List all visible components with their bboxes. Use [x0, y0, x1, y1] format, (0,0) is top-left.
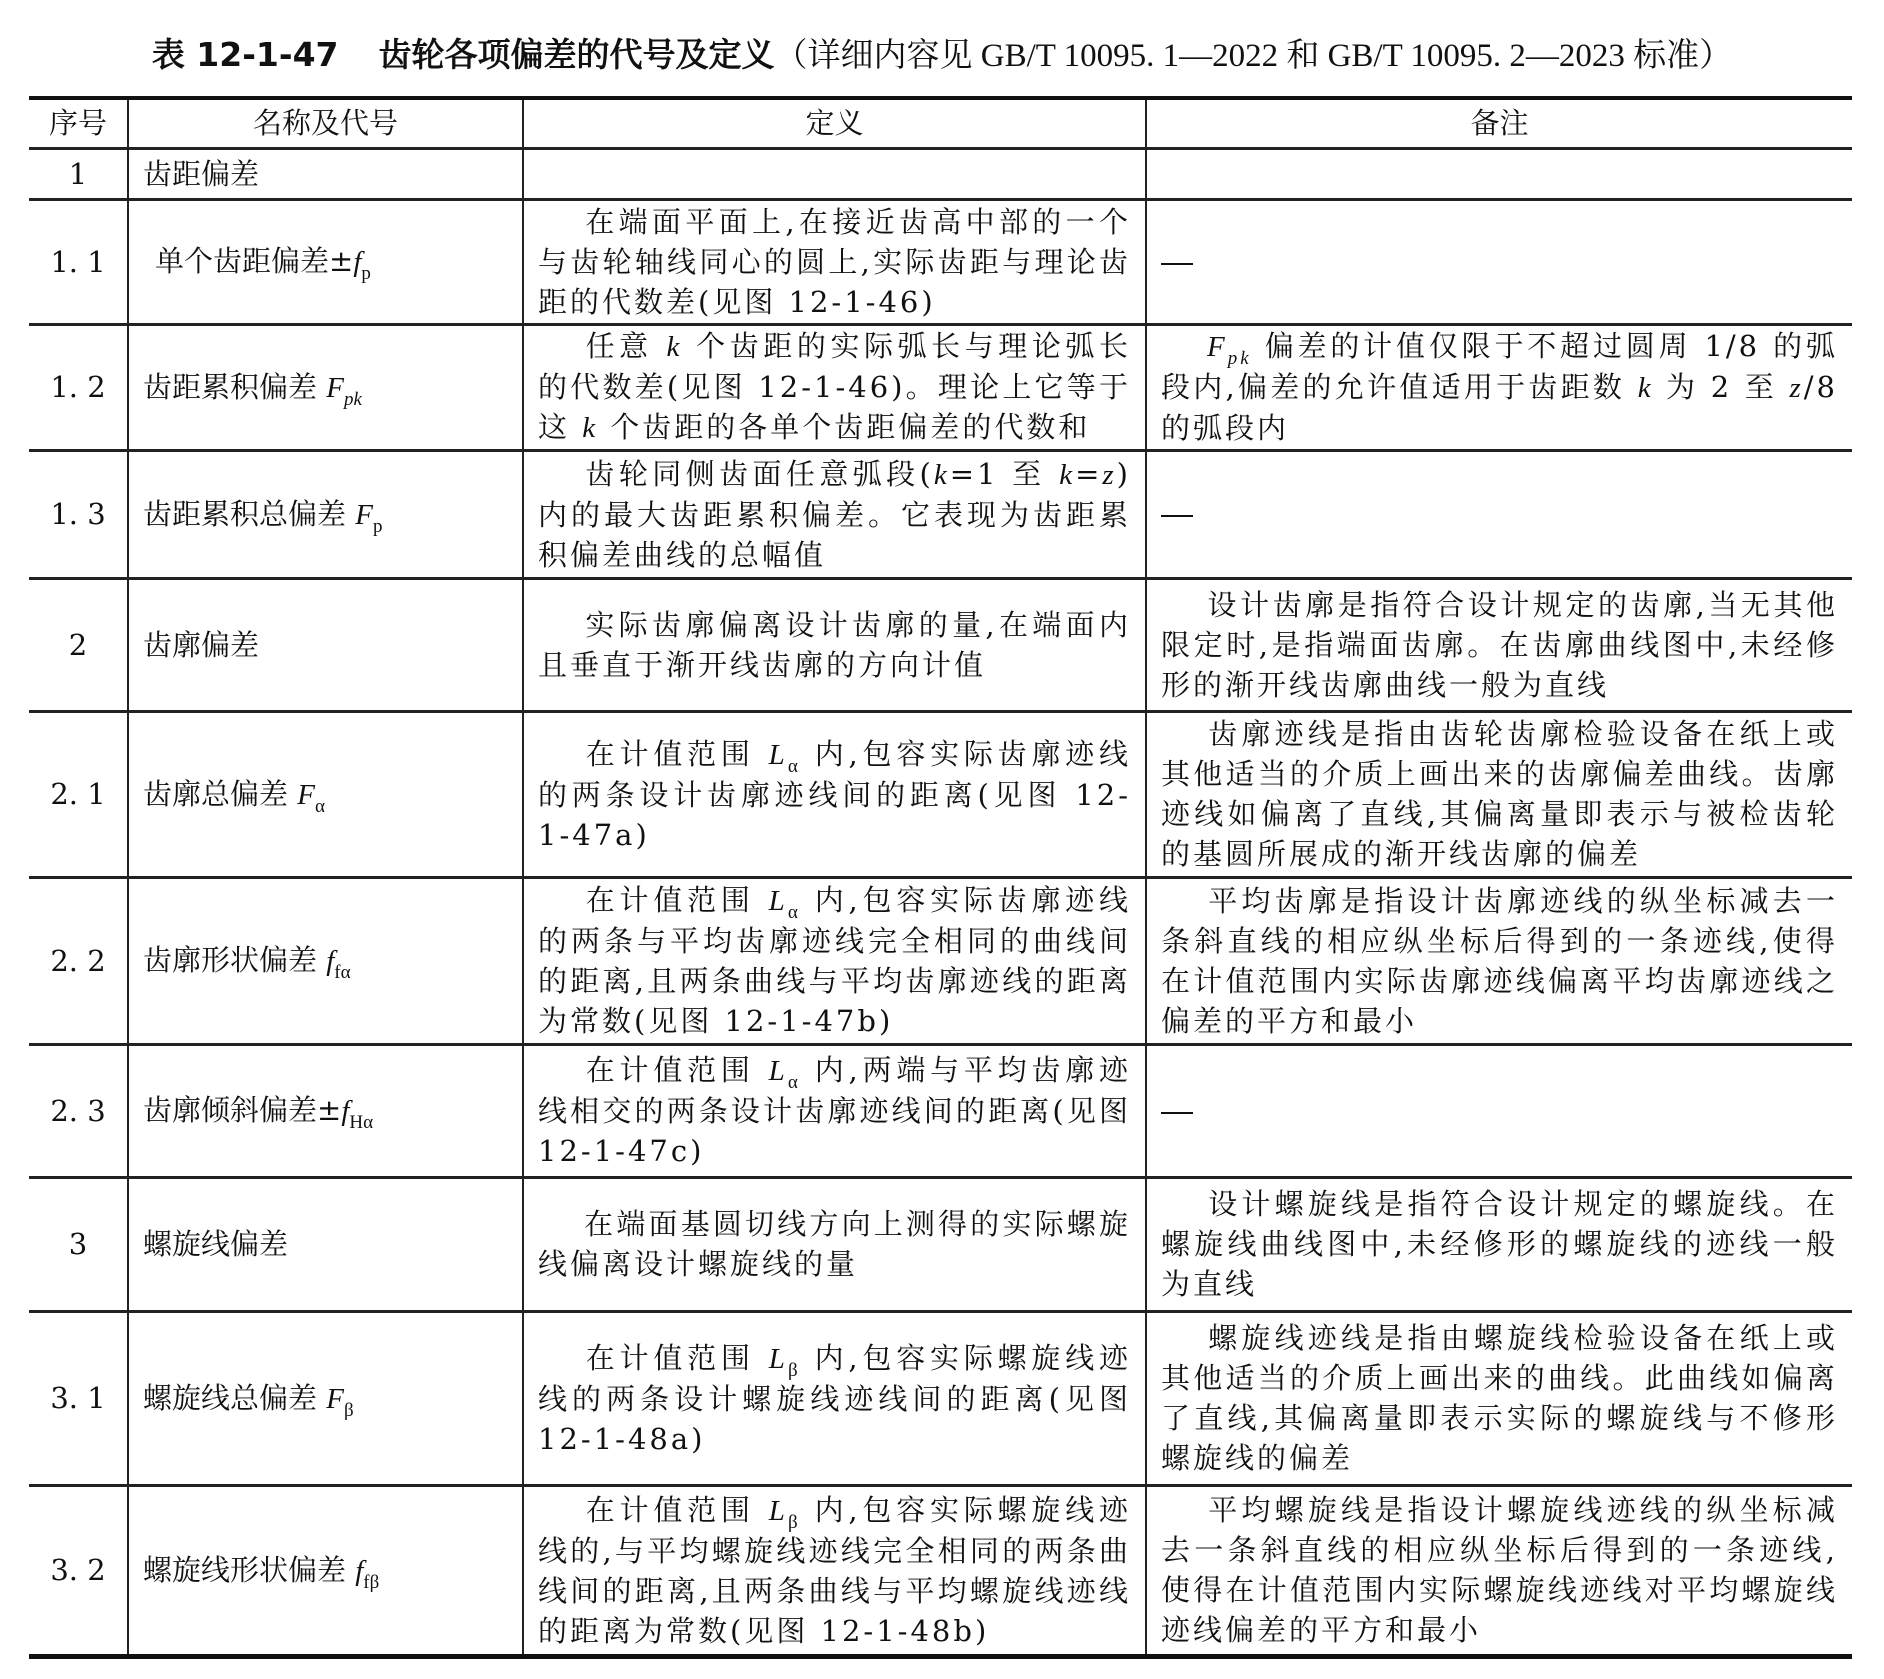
- deviation-remark: 设计螺旋线是指符合设计规定的螺旋线。在螺旋线曲线图中,未经修形的螺旋线的迹线一般…: [1146, 1177, 1852, 1311]
- math-symbol: k: [934, 459, 950, 491]
- table-row: 3. 1螺旋线总偏差 Fβ在计值范围 Lβ 内,包容实际螺旋线迹线的两条设计螺旋…: [29, 1311, 1852, 1485]
- deviation-definition: 在计值范围 Lβ 内,包容实际螺旋线迹线的两条设计螺旋线迹线间的距离(见图 12…: [523, 1311, 1146, 1485]
- math-symbol: k: [1059, 459, 1075, 491]
- deviation-definition: 在端面基圆切线方向上测得的实际螺旋线偏离设计螺旋线的量: [523, 1177, 1146, 1311]
- table-caption: 表 12-1-47齿轮各项偏差的代号及定义（详细内容见 GB/T 10095. …: [0, 22, 1884, 89]
- math-symbol: z: [1789, 372, 1803, 404]
- deviation-name: 齿廓形状偏差 ffα: [128, 877, 523, 1044]
- deviation-definition: [523, 148, 1146, 199]
- remark-empty-dash: [1146, 199, 1852, 324]
- deviation-name: 螺旋线形状偏差 ffβ: [128, 1485, 523, 1656]
- symbol-subscript: pk: [344, 389, 362, 410]
- row-index: 1. 2: [29, 324, 128, 450]
- math-symbol: k: [582, 412, 598, 444]
- symbol-subscript: fα: [334, 962, 350, 983]
- em-dash-placeholder: [1161, 515, 1193, 517]
- math-symbol: L: [769, 1495, 788, 1527]
- deviation-definition: 任意 k 个齿距的实际弧长与理论弧长的代数差(见图 12-1-46)。理论上它等…: [523, 324, 1146, 450]
- table-row: 2齿廓偏差实际齿廓偏离设计齿廓的量,在端面内且垂直于渐开线齿廓的方向计值设计齿廓…: [29, 578, 1852, 711]
- deviation-definition: 在端面平面上,在接近齿高中部的一个与齿轮轴线同心的圆上,实际齿距与理论齿距的代数…: [523, 199, 1146, 324]
- deviation-remark: Fpk 偏差的计值仅限于不超过圆周 1/8 的弧段内,偏差的允许值适用于齿距数 …: [1146, 324, 1852, 450]
- symbol-subscript: β: [344, 1400, 354, 1421]
- symbol-subscript: pk: [1228, 348, 1252, 369]
- math-symbol: F: [297, 779, 315, 811]
- row-index: 2. 2: [29, 877, 128, 1044]
- deviation-definition: 在计值范围 Lβ 内,包容实际螺旋线迹线的,与平均螺旋线迹线完全相同的两条曲线间…: [523, 1485, 1146, 1656]
- symbol-subscript: β: [788, 1360, 801, 1381]
- deviation-name: 齿廓偏差: [128, 578, 523, 711]
- row-index: 2. 1: [29, 711, 128, 877]
- column-header-remarks: 备注: [1146, 98, 1852, 148]
- column-header-name-and-symbol: 名称及代号: [128, 98, 523, 148]
- deviation-remark: 平均齿廓是指设计齿廓迹线的纵坐标减去一条斜直线的相应纵坐标后得到的一条迹线,使得…: [1146, 877, 1852, 1044]
- table-row: 2. 2齿廓形状偏差 ffα在计值范围 Lα 内,包容实际齿廓迹线的两条与平均齿…: [29, 877, 1852, 1044]
- row-index: 2. 3: [29, 1044, 128, 1177]
- deviation-name: 齿廓总偏差 Fα: [128, 711, 523, 877]
- remark-empty-dash: [1146, 450, 1852, 578]
- table-body: 1齿距偏差1. 1单个齿距偏差±fp在端面平面上,在接近齿高中部的一个与齿轮轴线…: [29, 148, 1852, 1656]
- symbol-subscript: α: [315, 796, 325, 817]
- table-row: 2. 1齿廓总偏差 Fα在计值范围 Lα 内,包容实际齿廓迹线的两条设计齿廓迹线…: [29, 711, 1852, 877]
- deviation-definition: 在计值范围 Lα 内,包容实际齿廓迹线的两条与平均齿廓迹线完全相同的曲线间的距离…: [523, 877, 1146, 1044]
- math-symbol: F: [355, 499, 373, 531]
- deviation-name: 单个齿距偏差±fp: [128, 199, 523, 324]
- row-index: 3. 2: [29, 1485, 128, 1656]
- table-title-note: （详细内容见 GB/T 10095. 1—2022 和 GB/T 10095. …: [775, 38, 1733, 74]
- deviation-definitions-table: 序号 名称及代号 定义 备注 1齿距偏差1. 1单个齿距偏差±fp在端面平面上,…: [29, 96, 1852, 1659]
- symbol-subscript: Hα: [349, 1112, 373, 1133]
- row-index: 1: [29, 148, 128, 199]
- deviation-remark: 设计齿廓是指符合设计规定的齿廓,当无其他限定时,是指端面齿廓。在齿廓曲线图中,未…: [1146, 578, 1852, 711]
- table-title: 齿轮各项偏差的代号及定义: [379, 35, 775, 74]
- math-symbol: L: [769, 739, 788, 771]
- table-row: 1. 2齿距累积偏差 Fpk任意 k 个齿距的实际弧长与理论弧长的代数差(见图 …: [29, 324, 1852, 450]
- table-row: 1. 1单个齿距偏差±fp在端面平面上,在接近齿高中部的一个与齿轮轴线同心的圆上…: [29, 199, 1852, 324]
- math-symbol: L: [769, 1343, 788, 1375]
- symbol-subscript: α: [788, 1072, 801, 1093]
- math-symbol: F: [1207, 331, 1228, 363]
- deviation-name: 螺旋线偏差: [128, 1177, 523, 1311]
- math-symbol: F: [326, 1383, 344, 1415]
- row-index: 1. 1: [29, 199, 128, 324]
- table-row: 2. 3齿廓倾斜偏差±fHα在计值范围 Lα 内,两端与平均齿廓迹线相交的两条设…: [29, 1044, 1852, 1177]
- symbol-subscript: α: [788, 756, 801, 777]
- symbol-subscript: p: [373, 516, 383, 537]
- deviation-name: 齿距累积总偏差 Fp: [128, 450, 523, 578]
- math-symbol: z: [1102, 459, 1116, 491]
- table-header-row: 序号 名称及代号 定义 备注: [29, 98, 1852, 148]
- table-row: 3. 2螺旋线形状偏差 ffβ在计值范围 Lβ 内,包容实际螺旋线迹线的,与平均…: [29, 1485, 1852, 1656]
- deviation-definition: 在计值范围 Lα 内,两端与平均齿廓迹线相交的两条设计齿廓迹线间的距离(见图 1…: [523, 1044, 1146, 1177]
- row-index: 2: [29, 578, 128, 711]
- math-symbol: L: [769, 1055, 788, 1087]
- deviation-remark: 螺旋线迹线是指由螺旋线检验设备在纸上或其他适当的介质上画出来的曲线。此曲线如偏离…: [1146, 1311, 1852, 1485]
- symbol-subscript: p: [361, 263, 371, 284]
- math-symbol: k: [667, 331, 683, 363]
- deviation-definition: 齿轮同侧齿面任意弧段(k=1 至 k=z)内的最大齿距累积偏差。它表现为齿距累积…: [523, 450, 1146, 578]
- deviation-name: 齿距偏差: [128, 148, 523, 199]
- math-symbol: L: [769, 885, 788, 917]
- remark-empty-dash: [1146, 1044, 1852, 1177]
- deviation-remark: 平均螺旋线是指设计螺旋线迹线的纵坐标减去一条斜直线的相应纵坐标后得到的一条迹线,…: [1146, 1485, 1852, 1656]
- row-index: 3. 1: [29, 1311, 128, 1485]
- row-index: 1. 3: [29, 450, 128, 578]
- table-number: 表 12-1-47: [152, 35, 339, 74]
- table-row: 1齿距偏差: [29, 148, 1852, 199]
- deviation-name: 螺旋线总偏差 Fβ: [128, 1311, 523, 1485]
- symbol-subscript: fβ: [363, 1572, 379, 1593]
- symbol-subscript: β: [788, 1512, 801, 1533]
- table-row: 3螺旋线偏差在端面基圆切线方向上测得的实际螺旋线偏离设计螺旋线的量设计螺旋线是指…: [29, 1177, 1852, 1311]
- math-symbol: F: [326, 372, 344, 404]
- math-symbol: k: [1638, 372, 1654, 404]
- column-header-definition: 定义: [523, 98, 1146, 148]
- deviation-remark: [1146, 148, 1852, 199]
- deviation-definition: 在计值范围 Lα 内,包容实际齿廓迹线的两条设计齿廓迹线间的距离(见图 12-1…: [523, 711, 1146, 877]
- column-header-index: 序号: [29, 98, 128, 148]
- em-dash-placeholder: [1161, 1112, 1193, 1114]
- deviation-name: 齿距累积偏差 Fpk: [128, 324, 523, 450]
- row-index: 3: [29, 1177, 128, 1311]
- deviation-definition: 实际齿廓偏离设计齿廓的量,在端面内且垂直于渐开线齿廓的方向计值: [523, 578, 1146, 711]
- symbol-subscript: α: [788, 902, 801, 923]
- deviation-name: 齿廓倾斜偏差±fHα: [128, 1044, 523, 1177]
- deviation-remark: 齿廓迹线是指由齿轮齿廓检验设备在纸上或其他适当的介质上画出来的齿廓偏差曲线。齿廓…: [1146, 711, 1852, 877]
- em-dash-placeholder: [1161, 263, 1193, 265]
- table-row: 1. 3齿距累积总偏差 Fp齿轮同侧齿面任意弧段(k=1 至 k=z)内的最大齿…: [29, 450, 1852, 578]
